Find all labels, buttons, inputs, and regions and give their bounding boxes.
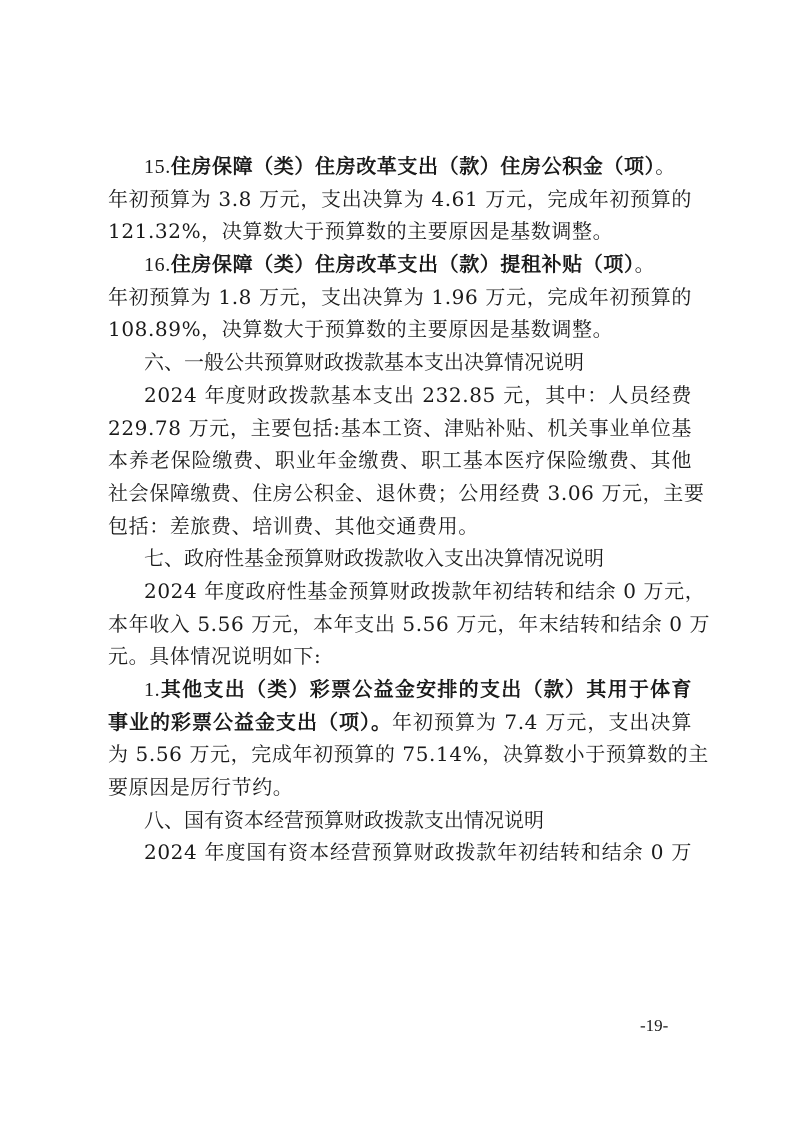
item-title-16: 16.住房保障（类）住房改革支出（款）提租补贴（项）。 [108, 248, 692, 281]
body-line: 2024 年度国有资本经营预算财政拨款年初结转和结余 0 万 [108, 836, 692, 869]
item-title-text: 其他支出（类）彩票公益金安排的支出（款）其用于体育 [160, 677, 692, 701]
body-line: 年初预算为 1.8 万元，支出决算为 1.96 万元，完成年初预算的 [108, 281, 692, 314]
item-title-7-1: 1.其他支出（类）彩票公益金安排的支出（款）其用于体育 [108, 673, 692, 706]
section-heading-8: 八、国有资本经营预算财政拨款支出情况说明 [108, 804, 692, 837]
item-number: 16. [144, 254, 171, 276]
item-title-text: 住房保障（类）住房改革支出（款）提租补贴（项） [171, 252, 635, 276]
body-line: 元。具体情况说明如下: [108, 640, 692, 673]
body-line: 包括：差旅费、培训费、其他交通费用。 [108, 510, 692, 543]
body-line: 年初预算为 3.8 万元，支出决算为 4.61 万元，完成年初预算的 [108, 183, 692, 216]
body-line: 229.78 万元，主要包括:基本工资、津贴补贴、机关事业单位基 [108, 412, 692, 445]
item-title-suffix: 。 [655, 154, 676, 178]
body-text: 年初预算为 7.4 万元，支出决算 [392, 710, 692, 734]
item-number: 1. [144, 679, 160, 701]
body-line: 2024 年度政府性基金预算财政拨款年初结转和结余 0 万元， [108, 575, 692, 608]
section-heading-7: 七、政府性基金预算财政拨款收入支出决算情况说明 [108, 542, 692, 575]
document-page: 15.住房保障（类）住房改革支出（款）住房公积金（项）。 年初预算为 3.8 万… [108, 150, 692, 869]
item-number: 15. [144, 156, 171, 178]
body-line-mixed: 事业的彩票公益金支出（项）。年初预算为 7.4 万元，支出决算 [108, 706, 692, 739]
body-line: 要原因是厉行节约。 [108, 771, 692, 804]
body-line: 本养老保险缴费、职业年金缴费、职工基本医疗保险缴费、其他 [108, 444, 692, 477]
item-title-15: 15.住房保障（类）住房改革支出（款）住房公积金（项）。 [108, 150, 692, 183]
body-line: 2024 年度财政拨款基本支出 232.85 元，其中：人员经费 [108, 379, 692, 412]
item-title-text: 住房保障（类）住房改革支出（款）住房公积金（项） [171, 154, 655, 178]
item-title-continuation: 事业的彩票公益金支出（项）。 [108, 710, 392, 734]
body-line: 社会保障缴费、住房公积金、退休费；公用经费 3.06 万元，主要 [108, 477, 692, 510]
body-line: 本年收入 5.56 万元，本年支出 5.56 万元，年末结转和结余 0 万 [108, 608, 692, 641]
section-heading-6: 六、一般公共预算财政拨款基本支出决算情况说明 [108, 346, 692, 379]
page-number: -19- [640, 1016, 668, 1036]
item-title-suffix: 。 [635, 252, 656, 276]
body-line: 108.89%，决算数大于预算数的主要原因是基数调整。 [108, 313, 692, 346]
body-line: 为 5.56 万元，完成年初预算的 75.14%，决算数小于预算数的主 [108, 738, 692, 771]
body-line: 121.32%，决算数大于预算数的主要原因是基数调整。 [108, 215, 692, 248]
